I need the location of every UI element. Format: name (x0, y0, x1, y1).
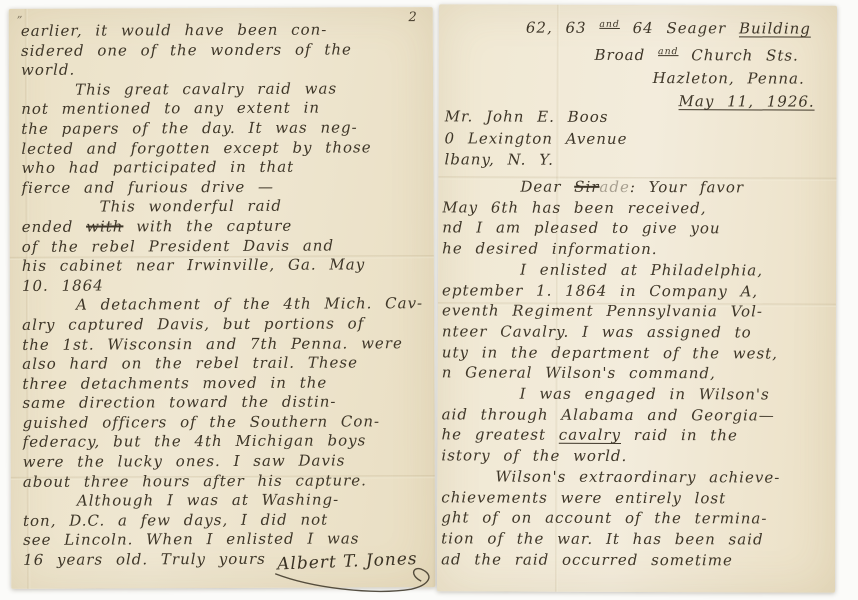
handwritten-line: 10. 1864 (22, 275, 428, 296)
handwritten-line: A detachment of the 4th Mich. Cav- (22, 294, 428, 315)
handwritten-line: were the lucky ones. I saw Davis (23, 451, 429, 472)
handwritten-line: of the rebel President Davis and (22, 236, 428, 257)
handwritten-line: sidered one of the wonders of the (21, 40, 427, 61)
handwritten-line: also hard on the rebel trail. These (22, 353, 428, 374)
handwritten-line: he greatest cavalry raid in the (441, 425, 831, 447)
handwritten-line: chievements were entirely lost (441, 487, 831, 509)
recipient-address-block: Mr. John E. Boos0 Lexington Avenuelbany,… (444, 106, 826, 172)
handwritten-line: I was engaged in Wilson's (442, 383, 832, 405)
handwritten-line: same direction toward the distin- (22, 392, 428, 413)
handwritten-line: nteer Cavalry. I was assigned to (442, 321, 832, 343)
handwritten-line: ad the raid occurred sometime (441, 549, 831, 571)
letter-page-2: ” 2 earlier, it would have been con-side… (9, 7, 436, 589)
handwritten-line: tion of the war. It has been said (441, 528, 831, 550)
handwritten-line: I enlisted at Philadelphia, (442, 259, 832, 281)
handwritten-text-block: earlier, it would have been con-sidered … (21, 20, 429, 570)
handwritten-line: his cabinet near Irwinville, Ga. May (22, 255, 428, 276)
handwritten-line: lected and forgotten except by those (21, 138, 427, 159)
letter-scan: ” 2 earlier, it would have been con-side… (0, 0, 858, 600)
handwritten-line: nd I am pleased to give you (442, 218, 832, 240)
handwritten-line: he desired information. (442, 238, 832, 260)
handwritten-line: Dear Sirade: Your favor (442, 176, 832, 198)
handwritten-line: Although I was at Washing- (23, 490, 429, 511)
handwritten-line: about three hours after his capture. (23, 471, 429, 492)
letterhead-address-block: 62, 63 and 64 Seager BuildingBroad and C… (459, 12, 823, 113)
handwritten-line: n General Wilson's command, (442, 363, 832, 385)
handwritten-line: federacy, but the 4th Michigan boys (23, 432, 429, 453)
handwritten-line: eventh Regiment Pennsylvania Vol- (442, 301, 832, 323)
handwritten-line: aid through Alabama and Georgia— (442, 404, 832, 426)
handwritten-line: see Lincoln. When I enlisted I was (23, 530, 429, 551)
handwritten-line: Wilson's extraordinary achieve- (441, 466, 831, 488)
handwritten-line: ended with with the capture (22, 216, 428, 237)
handwritten-line: guished officers of the Southern Con- (23, 412, 429, 433)
handwritten-line: ton, D.C. a few days, I did not (23, 510, 429, 531)
handwritten-line: May 6th has been received, (442, 197, 832, 219)
handwritten-line: who had participated in that (21, 157, 427, 178)
handwritten-line: alry captured Davis, but portions of (22, 314, 428, 335)
handwritten-line: Broad and Church Sts. (459, 39, 799, 67)
handwritten-line: the papers of the day. It was neg- (21, 118, 427, 139)
handwritten-line: earlier, it would have been con- (21, 20, 427, 41)
handwritten-line: Mr. John E. Boos (445, 106, 827, 129)
handwritten-line: 0 Lexington Avenue (445, 128, 827, 151)
handwritten-line: uty in the department of the west, (442, 342, 832, 364)
handwritten-line: lbany, N. Y. (444, 149, 826, 172)
letter-body-block: Dear Sirade: Your favorMay 6th has been … (441, 176, 832, 571)
handwritten-line: Hazleton, Penna. (459, 66, 805, 90)
handwritten-line: three detachments moved in the (22, 373, 428, 394)
signature-flourish-icon (271, 565, 439, 600)
handwritten-line: the 1st. Wisconsin and 7th Penna. were (22, 334, 428, 355)
handwritten-line: This great cavalry raid was (21, 79, 427, 100)
handwritten-line: This wonderful raid (22, 196, 428, 217)
letter-page-1: 62, 63 and 64 Seager BuildingBroad and C… (437, 4, 837, 592)
handwritten-line: istory of the world. (441, 445, 831, 467)
handwritten-line: world. (21, 59, 427, 80)
handwritten-line: ght of on account of the termina- (441, 508, 831, 530)
handwritten-line: fierce and furious drive — (21, 177, 427, 198)
handwritten-line: not mentioned to any extent in (21, 98, 427, 119)
handwritten-line: 62, 63 and 64 Seager Building (459, 12, 811, 40)
signature: Albert T. Jones (277, 551, 433, 572)
handwritten-line: eptember 1. 1864 in Company A, (442, 280, 832, 302)
